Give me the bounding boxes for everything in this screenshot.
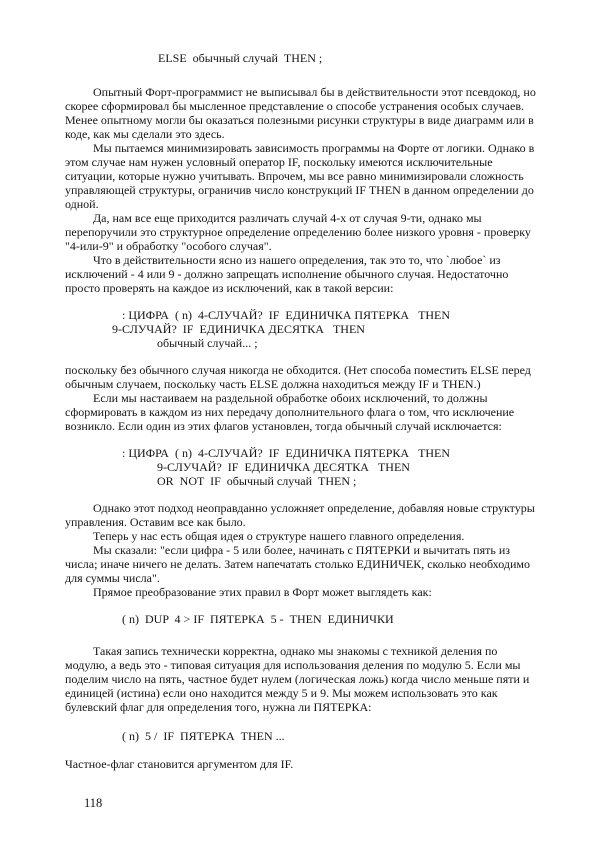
code-line: 9-СЛУЧАЙ? IF ЕДИНИЧКА ДЕСЯТКА THEN [112, 322, 543, 336]
paragraph-general-idea: Теперь у нас есть общая идея о структуре… [65, 529, 543, 543]
paragraph-separate-handling: Если мы настаиваем на раздельной обработ… [65, 391, 543, 433]
code-line: : ЦИФРА ( n) 4-СЛУЧАЙ? IF ЕДИНИЧКА ПЯТЕР… [122, 446, 543, 460]
paragraph-minimize-logic: Мы пытаемся минимизировать зависимость п… [65, 141, 543, 211]
paragraph-modulo-technique: Такая запись технически корректна, однак… [65, 644, 543, 714]
paragraph-we-said-rule: Мы сказали: "если цифра - 5 или более, н… [65, 543, 543, 585]
page-number: 118 [84, 796, 102, 811]
code-line: ( n) 5 / IF ПЯТЕРКА THEN ... [122, 729, 543, 743]
code-block-divide: ( n) 5 / IF ПЯТЕРКА THEN ... [65, 729, 543, 743]
book-page: ELSE обычный случай THEN ; Опытный Форт-… [0, 0, 600, 849]
paragraph-exceptions-clear: Что в действительности ясно из нашего оп… [65, 253, 543, 295]
code-line: OR NOT IF обычный случай THEN ; [157, 474, 543, 488]
code-block-cifra-1: : ЦИФРА ( n) 4-СЛУЧАЙ? IF ЕДИНИЧКА ПЯТЕР… [65, 308, 543, 350]
paragraph-approach-complicates: Однако этот подход неоправданно усложняе… [65, 501, 543, 529]
paragraph-case-4-vs-9: Да, нам все еще приходится различать слу… [65, 211, 543, 253]
code-block-dup: ( n) DUP 4 > IF ПЯТЕРКА 5 - THEN ЕДИНИЧК… [65, 612, 543, 626]
paragraph-pseudocode-intro: Опытный Форт-программист не выписывал бы… [65, 85, 543, 141]
page-text-column: ELSE обычный случай THEN ; Опытный Форт-… [65, 51, 543, 771]
paragraph-quotient-flag: Частное-флаг становится аргументом для I… [65, 757, 543, 771]
code-block-cifra-2: : ЦИФРА ( n) 4-СЛУЧАЙ? IF ЕДИНИЧКА ПЯТЕР… [65, 446, 543, 488]
code-line: 9-СЛУЧАЙ? IF ЕДИНИЧКА ДЕСЯТКА THEN [157, 460, 543, 474]
paragraph-direct-translation: Прямое преобразование этих правил в Форт… [65, 585, 543, 599]
code-line-else: ELSE обычный случай THEN ; [158, 51, 543, 65]
code-line: ( n) DUP 4 > IF ПЯТЕРКА 5 - THEN ЕДИНИЧК… [122, 612, 543, 626]
paragraph-else-placement: поскольку без обычного случая никогда не… [65, 363, 543, 391]
code-line: обычный случай... ; [157, 336, 543, 350]
code-line: : ЦИФРА ( n) 4-СЛУЧАЙ? IF ЕДИНИЧКА ПЯТЕР… [122, 308, 543, 322]
